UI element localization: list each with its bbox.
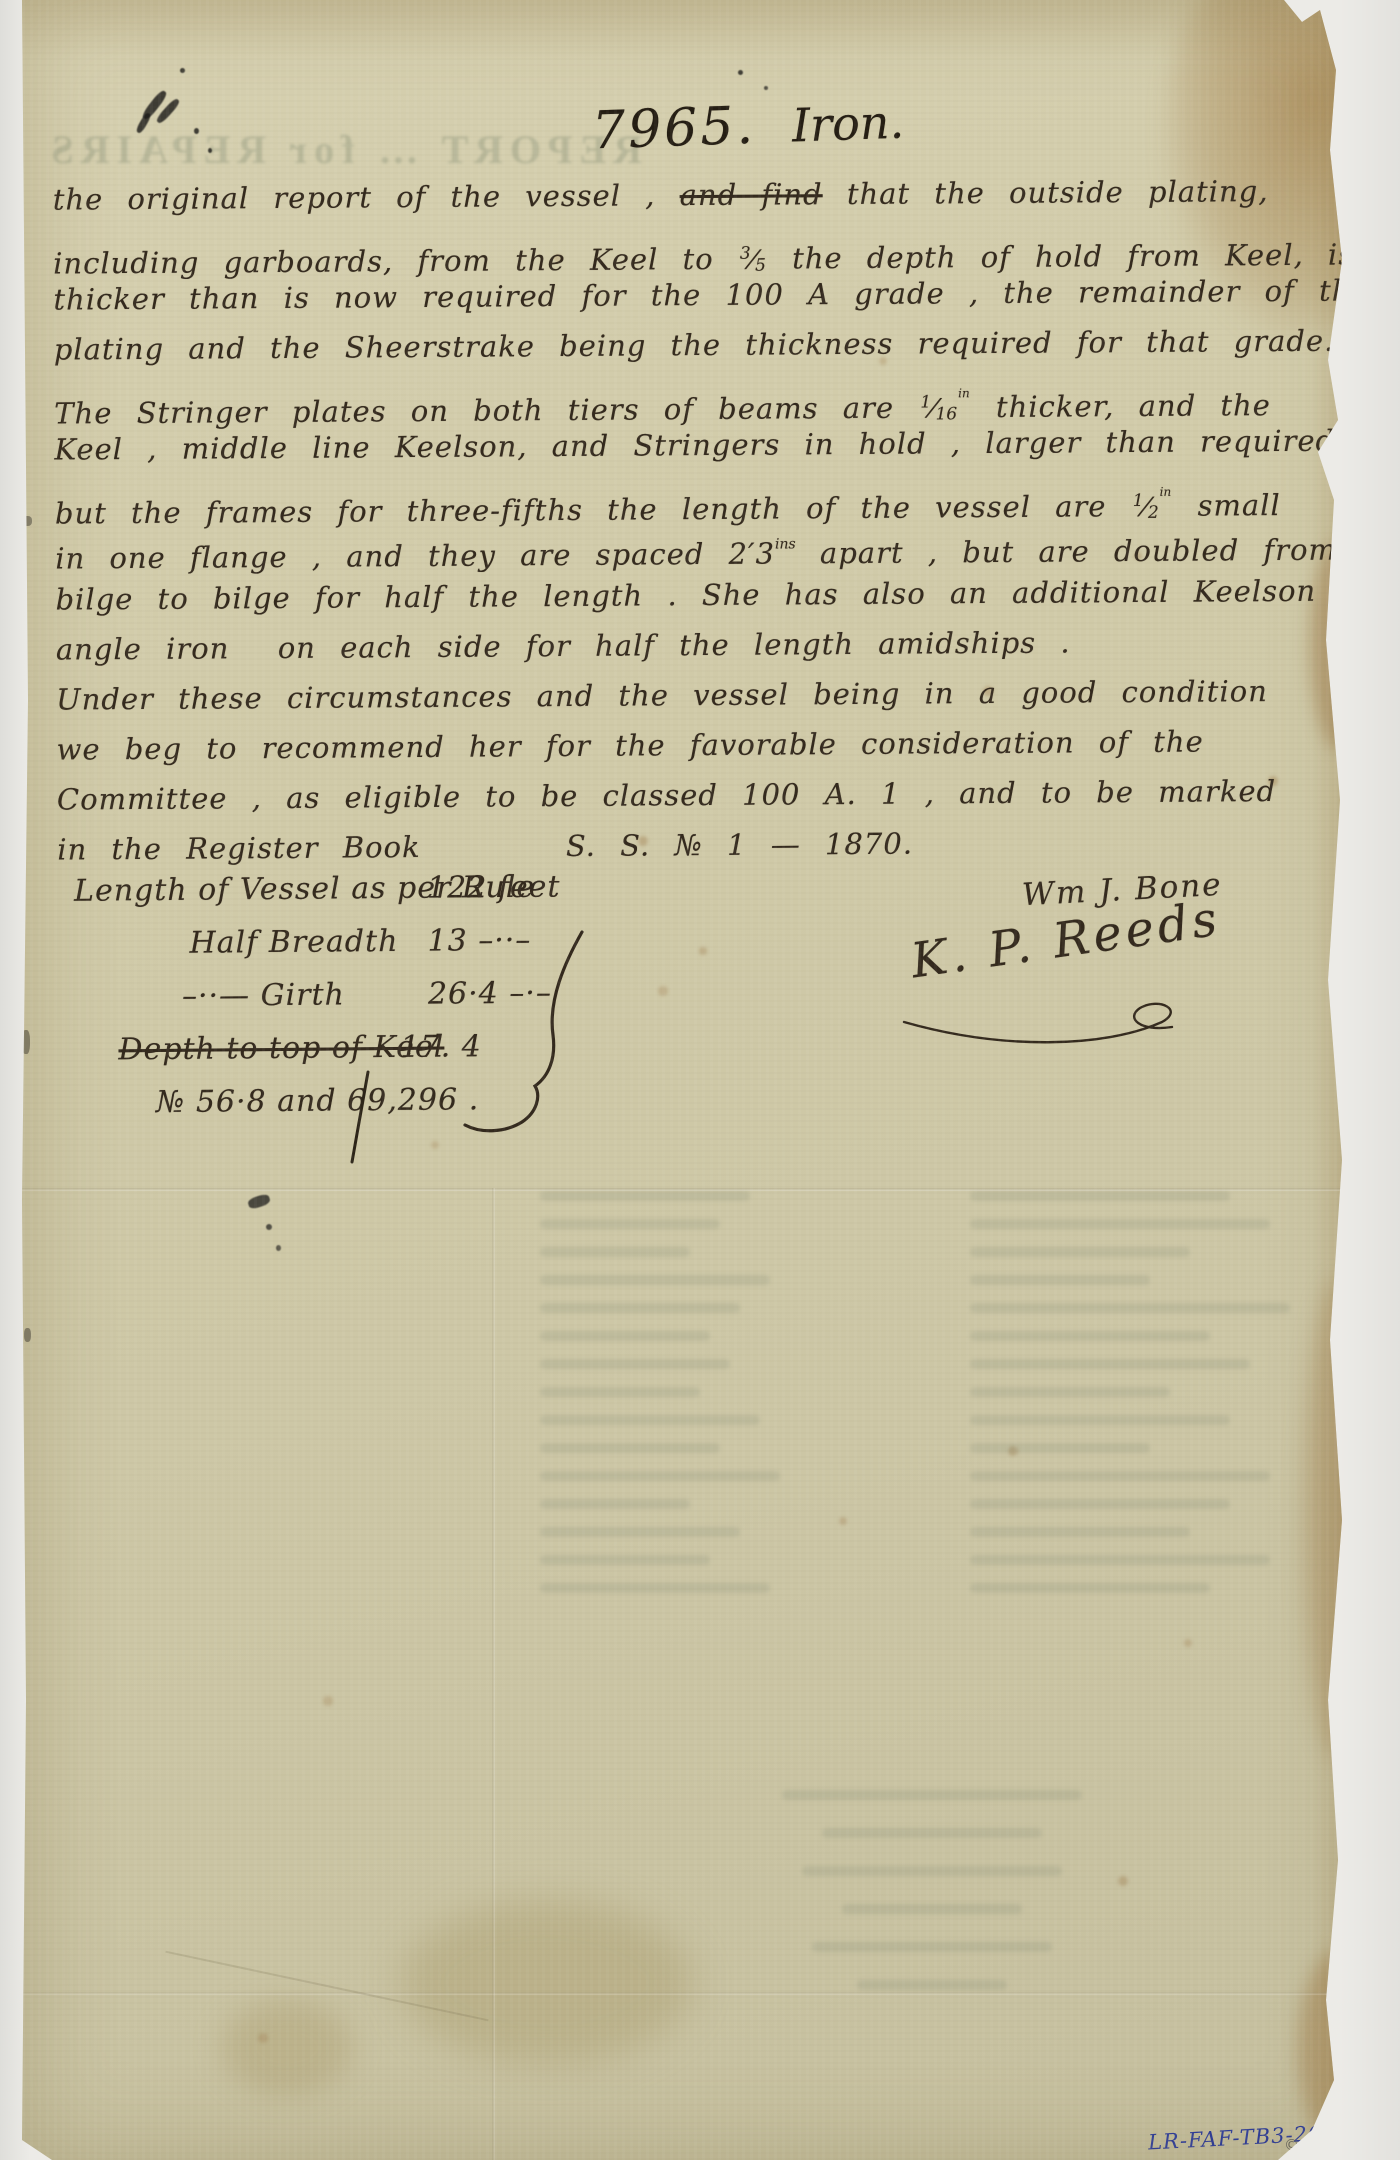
ink-speck bbox=[764, 86, 768, 90]
ink-speck bbox=[194, 128, 199, 134]
ghost-text-row bbox=[540, 1322, 1340, 1350]
ghost-text-bar bbox=[812, 1942, 1052, 1952]
ghost-printed-header: REPORT … for REPAIRS bbox=[102, 126, 642, 173]
ghost-text-row bbox=[540, 1546, 1340, 1574]
handwritten-line: but the frames for three-fifths the leng… bbox=[55, 465, 1360, 524]
ghost-text-bar bbox=[540, 1499, 690, 1509]
handwritten-line: including garboards, from the Keel to 3⁄… bbox=[53, 215, 1358, 274]
fold-crease-horizontal bbox=[22, 1188, 1362, 1191]
ghost-text-bar bbox=[540, 1527, 740, 1537]
ghost-text-row bbox=[540, 1462, 1340, 1490]
ink-smudge bbox=[247, 1193, 271, 1210]
ghost-text-bar bbox=[540, 1331, 710, 1341]
measurement-row: Half Breadth13 –··– bbox=[69, 912, 709, 971]
ghost-text-bar bbox=[970, 1527, 1190, 1537]
fold-crease-horizontal bbox=[22, 1992, 1362, 1995]
measurement-row: Length of Vessel as per Rule122 feet bbox=[69, 859, 709, 918]
ink-speck bbox=[180, 68, 185, 73]
measurement-label: Depth to top of Keel bbox=[118, 1021, 444, 1077]
handwritten-line: The Stringer plates on both tiers of bea… bbox=[54, 365, 1359, 424]
ghost-text-bar bbox=[857, 1980, 1007, 1990]
document-number: 7965. bbox=[591, 96, 757, 162]
handwritten-line: bilge to bilge for half the length . She… bbox=[55, 565, 1360, 624]
ghost-text-bar bbox=[842, 1904, 1022, 1914]
ghost-printed-footer bbox=[742, 1790, 1122, 2018]
handwritten-line: the original report of the vessel , and … bbox=[53, 165, 1358, 224]
ghost-text-bar bbox=[540, 1247, 690, 1257]
handwritten-line: Keel , middle line Keelson, and Stringer… bbox=[54, 415, 1359, 474]
report-body-text: the original report of the vessel , and … bbox=[53, 165, 1363, 874]
scanned-document: REPORT … for REPAIRS 7965.Iron. the orig… bbox=[0, 0, 1400, 2160]
ghost-text-bar bbox=[540, 1275, 770, 1285]
handwritten-line: Under these circumstances and the vessel… bbox=[56, 665, 1361, 724]
handwritten-line: thicker than is now required for the 100… bbox=[53, 265, 1358, 324]
ghost-text-bar bbox=[970, 1555, 1270, 1565]
ghost-text-row bbox=[540, 1210, 1340, 1238]
ghost-text-bar bbox=[970, 1583, 1210, 1593]
measurement-label: –··— Girth bbox=[182, 968, 345, 1022]
ghost-text-bar bbox=[540, 1415, 760, 1425]
edge-tear-mark bbox=[24, 1328, 31, 1342]
handwritten-line: angle iron on each side for half the len… bbox=[56, 615, 1361, 674]
handwritten-line: in one flange , and they are spaced 2′3i… bbox=[55, 515, 1360, 574]
ink-speck bbox=[276, 1245, 281, 1251]
ghost-text-bar bbox=[970, 1359, 1250, 1369]
measurement-value: 13 –··– bbox=[427, 914, 531, 968]
ghost-text-row bbox=[540, 1350, 1340, 1378]
ghost-text-bar bbox=[970, 1247, 1190, 1257]
ghost-text-row bbox=[540, 1406, 1340, 1434]
ghost-text-bar bbox=[540, 1303, 740, 1313]
ghost-text-bar bbox=[970, 1331, 1210, 1341]
ghost-text-bar bbox=[822, 1828, 1042, 1838]
ghost-text-bar bbox=[540, 1191, 750, 1201]
ghost-text-bar bbox=[970, 1303, 1290, 1313]
ghost-text-bar bbox=[970, 1275, 1150, 1285]
handwritten-line: plating and the Sheerstrake being the th… bbox=[54, 315, 1359, 374]
ghost-text-row bbox=[540, 1266, 1340, 1294]
measurement-row: –··— Girth26·4 –·– bbox=[70, 965, 710, 1024]
measurement-label: Half Breadth bbox=[189, 915, 398, 970]
ghost-text-bar bbox=[540, 1219, 720, 1229]
ink-speck bbox=[738, 70, 743, 75]
ghost-text-bar bbox=[970, 1415, 1230, 1425]
vessel-measurements: Length of Vessel as per Rule122 feetHalf… bbox=[69, 859, 711, 1130]
measurement-value: 26·4 –·– bbox=[428, 967, 552, 1021]
ink-smudge bbox=[135, 112, 152, 135]
stain-bottom-left bbox=[222, 2000, 352, 2095]
fold-crease-vertical bbox=[492, 1188, 495, 2160]
ink-speck bbox=[208, 148, 212, 153]
ghost-text-bar bbox=[540, 1471, 780, 1481]
ink-speck bbox=[266, 1224, 272, 1230]
ghost-text-bar bbox=[540, 1359, 730, 1369]
struck-out-text: and find bbox=[680, 177, 823, 212]
ghost-text-bar bbox=[970, 1443, 1150, 1453]
top-edge-shading bbox=[22, 0, 1362, 58]
ghost-text-bar bbox=[540, 1555, 710, 1565]
paper-sheet: REPORT … for REPAIRS 7965.Iron. the orig… bbox=[22, 0, 1362, 2160]
ghost-text-bar bbox=[540, 1583, 770, 1593]
ghost-text-row bbox=[540, 1294, 1340, 1322]
ghost-text-bar bbox=[540, 1387, 700, 1397]
ghost-text-bar bbox=[802, 1866, 1062, 1876]
document-heading: 7965.Iron. bbox=[591, 91, 905, 162]
ghost-text-row bbox=[540, 1574, 1340, 1602]
ghost-text-row bbox=[540, 1518, 1340, 1546]
measurement-value: 17. 4 bbox=[400, 1020, 482, 1074]
ghost-text-bar bbox=[540, 1443, 720, 1453]
measurement-row: Depth to top of Keel17. 4 bbox=[70, 1018, 710, 1077]
ghost-text-row bbox=[540, 1182, 1340, 1210]
ghost-text-bar bbox=[970, 1387, 1170, 1397]
ghost-text-bar bbox=[970, 1471, 1270, 1481]
ghost-text-bar bbox=[782, 1790, 1082, 1800]
ghost-text-row bbox=[540, 1238, 1340, 1266]
measurement-row: № 56·8 and 69,296 . bbox=[71, 1071, 711, 1130]
handwritten-line: we beg to recommend her for the favorabl… bbox=[56, 715, 1361, 774]
measurement-value: 122 feet bbox=[427, 861, 561, 915]
ghost-text-bar bbox=[970, 1219, 1270, 1229]
signature-flourish bbox=[904, 1004, 1172, 1042]
ghost-text-row bbox=[540, 1378, 1340, 1406]
ghost-text-row bbox=[540, 1434, 1340, 1462]
material-note: Iron. bbox=[791, 95, 905, 153]
stain-bottom-center bbox=[402, 1900, 692, 2065]
handwritten-line: Committee , as eligible to be classed 10… bbox=[57, 765, 1362, 824]
ghost-text-bar bbox=[970, 1191, 1230, 1201]
measurement-label: № 56·8 and 69,296 . bbox=[156, 1073, 480, 1129]
fold-crease-diagonal bbox=[165, 1951, 488, 2022]
ghost-printed-table bbox=[540, 1182, 1340, 1602]
ghost-text-row bbox=[540, 1490, 1340, 1518]
ghost-text-bar bbox=[970, 1499, 1230, 1509]
superscript-unit: ins bbox=[775, 536, 796, 552]
